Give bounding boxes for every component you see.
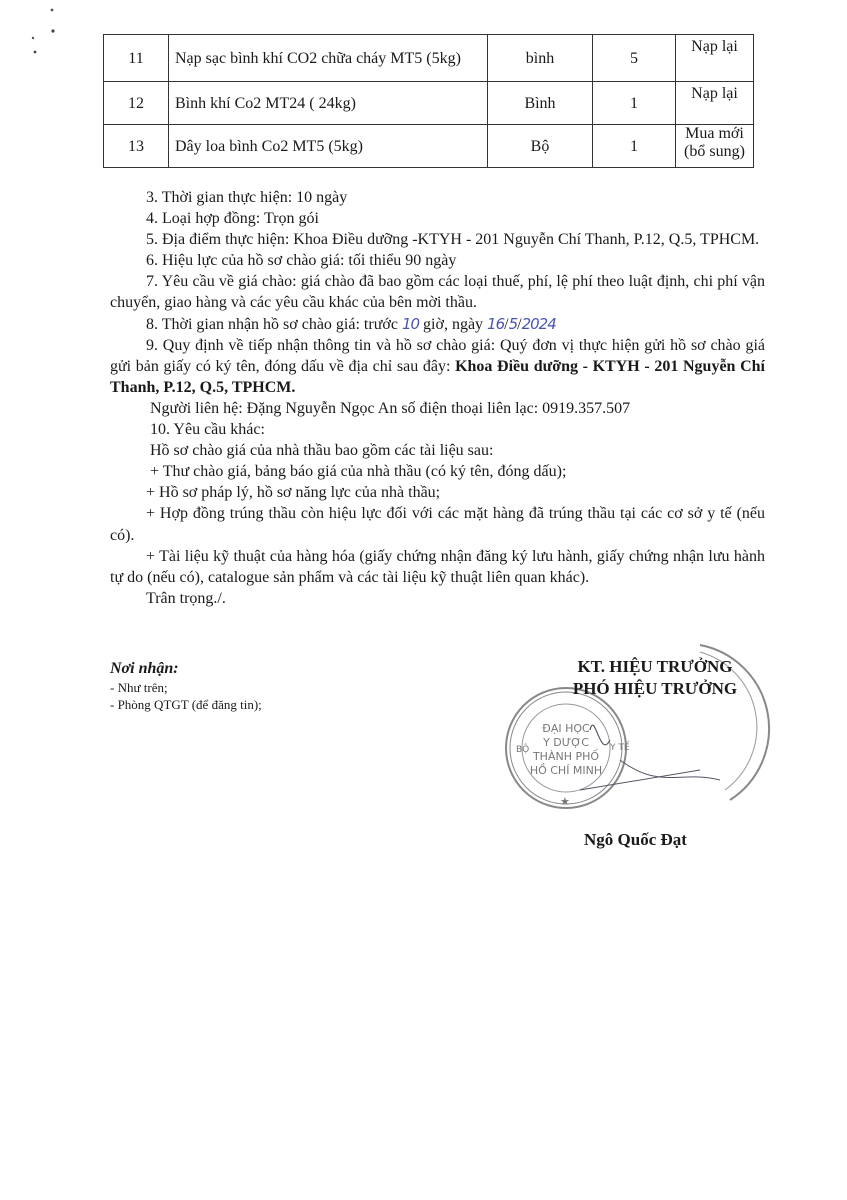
recipient-item: - Phòng QTGT (để đăng tin);: [110, 696, 262, 713]
closing: Trân trọng./.: [110, 588, 765, 609]
row-note: Nạp lại: [676, 35, 754, 82]
signature-title-2: PHÓ HIỆU TRƯỞNG: [540, 678, 770, 700]
table-row: 11 Nạp sạc bình khí CO2 chữa cháy MT5 (5…: [104, 35, 754, 82]
svg-text:Y TẾ: Y TẾ: [609, 741, 630, 753]
svg-text:THÀNH PHỐ: THÀNH PHỐ: [532, 749, 599, 763]
row-unit: bình: [488, 35, 593, 82]
item-validity: 6. Hiệu lực của hồ sơ chào giá: tối thiể…: [110, 250, 765, 271]
svg-text:ĐẠI HỌC: ĐẠI HỌC: [542, 722, 590, 735]
row-qty: 5: [593, 35, 676, 82]
deadline-year: 2024: [522, 315, 556, 333]
row-name: Bình khí Co2 MT24 ( 24kg): [169, 82, 488, 125]
item-location: 5. Địa điểm thực hiện: Khoa Điều dưỡng -…: [110, 229, 765, 250]
doc-item: + Hồ sơ pháp lý, hồ sơ năng lực của nhà …: [110, 482, 765, 503]
recipients-label: Nơi nhận:: [110, 659, 262, 679]
deadline-day: 16: [487, 315, 504, 333]
item-duration: 3. Thời gian thực hiện: 10 ngày: [110, 187, 765, 208]
row-qty: 1: [593, 125, 676, 168]
row-qty: 1: [593, 82, 676, 125]
signature-title-1: KT. HIỆU TRƯỞNG: [540, 656, 770, 678]
row-unit: Bình: [488, 82, 593, 125]
doc-item: + Hợp đồng trúng thầu còn hiệu lực đối v…: [110, 503, 765, 545]
deadline-label: 8. Thời gian nhận hồ sơ chào giá: trước: [146, 316, 402, 333]
deadline-month: 5: [509, 315, 518, 333]
row-stt: 12: [104, 82, 169, 125]
table-row: 13 Dây loa bình Co2 MT5 (5kg) Bộ 1 Mua m…: [104, 125, 754, 168]
row-stt: 11: [104, 35, 169, 82]
row-note: Mua mới (bổ sung): [676, 125, 754, 168]
contact-line: Người liên hệ: Đặng Nguyễn Ngọc An số đi…: [110, 398, 765, 419]
scan-specks: [0, 0, 120, 80]
signer-name: Ngô Quốc Đạt: [584, 830, 687, 850]
row-name: Dây loa bình Co2 MT5 (5kg): [169, 125, 488, 168]
svg-text:BỘ: BỘ: [516, 743, 529, 755]
deadline-hour: 10: [402, 315, 419, 333]
recipients-block: Nơi nhận: - Như trên; - Phòng QTGT (để đ…: [110, 659, 262, 713]
docs-intro: Hồ sơ chào giá của nhà thầu bao gồm các …: [110, 440, 765, 461]
document-body: 3. Thời gian thực hiện: 10 ngày 4. Loại …: [110, 187, 765, 609]
row-name: Nạp sạc bình khí CO2 chữa cháy MT5 (5kg): [169, 35, 488, 82]
row-stt: 13: [104, 125, 169, 168]
deadline-mid: giờ, ngày: [419, 316, 487, 333]
table-row: 12 Bình khí Co2 MT24 ( 24kg) Bình 1 Nạp …: [104, 82, 754, 125]
recipient-item: - Như trên;: [110, 679, 262, 696]
item-other-requirements: 10. Yêu cầu khác:: [110, 419, 765, 440]
svg-text:HỒ CHÍ MINH: HỒ CHÍ MINH: [530, 763, 602, 777]
item-submission: 9. Quy định về tiếp nhận thông tin và hồ…: [110, 335, 765, 398]
item-deadline: 8. Thời gian nhận hồ sơ chào giá: trước …: [110, 314, 765, 335]
item-price-requirements: 7. Yêu cầu về giá chào: giá chào đã bao …: [110, 271, 765, 313]
row-unit: Bộ: [488, 125, 593, 168]
svg-text:★: ★: [560, 795, 570, 808]
items-table: 11 Nạp sạc bình khí CO2 chữa cháy MT5 (5…: [103, 34, 754, 168]
signature-block: KT. HIỆU TRƯỞNG PHÓ HIỆU TRƯỞNG: [540, 656, 770, 700]
doc-item: + Thư chào giá, bảng báo giá của nhà thầ…: [110, 461, 765, 482]
doc-item: + Tài liệu kỹ thuật của hàng hóa (giấy c…: [110, 546, 765, 588]
item-contract-type: 4. Loại hợp đồng: Trọn gói: [110, 208, 765, 229]
svg-text:Y DƯỢC: Y DƯỢC: [542, 736, 589, 749]
row-note: Nạp lại: [676, 82, 754, 125]
